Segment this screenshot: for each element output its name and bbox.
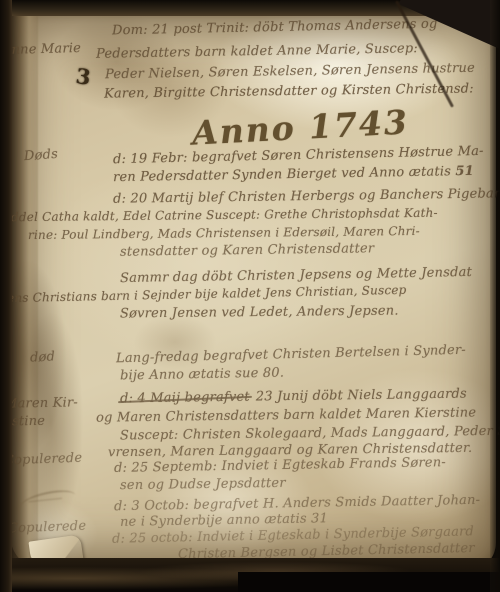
margin-note: Anne Marie <box>2 41 81 58</box>
margin-note: Døds <box>24 147 59 164</box>
ink-blot-mark: 3 <box>74 63 92 90</box>
scanned-parish-register-photo: { "page": { "heading": "Anno 1743", "col… <box>0 0 500 592</box>
photo-border-right <box>490 0 500 592</box>
margin-note: Copulerede <box>4 451 83 469</box>
struck-text: d: 4 Maij begrafvet <box>120 390 250 407</box>
margin-note: Copulerede <box>8 519 87 537</box>
photo-border-patch <box>238 572 500 592</box>
manuscript-line: Søvren Jensen ved Ledet, Anders Jepsen. <box>120 304 399 322</box>
margin-note: Maren Kir- <box>4 395 78 411</box>
margin-note: stine <box>12 414 45 430</box>
photo-border-left <box>0 0 12 592</box>
margin-note: død <box>30 349 56 365</box>
manuscript-line: sen og Dudse Jepsdatter <box>120 476 286 493</box>
manuscript-line: bije Anno ætatis sue 80. <box>120 366 284 384</box>
